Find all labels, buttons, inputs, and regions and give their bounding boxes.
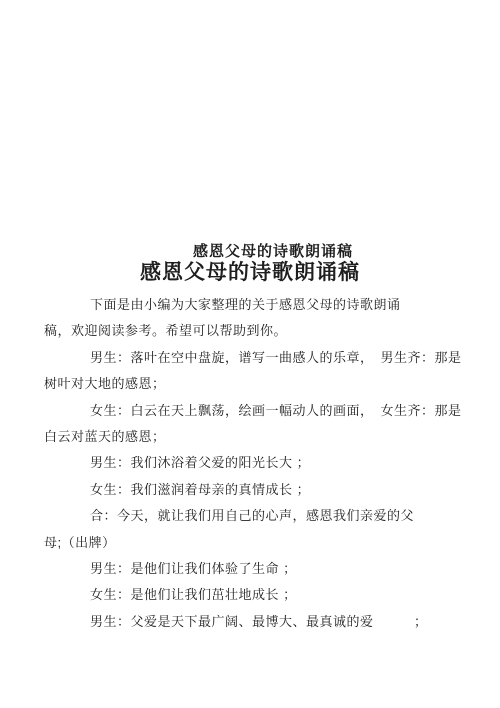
body-line: 男生：是他们让我们体验了生命 ；: [44, 556, 439, 582]
body-line: 合：今天，就让我们用自己的心声，感恩我们亲爱的父: [44, 503, 439, 529]
document-subtitle: 感恩父母的诗歌朗诵稿: [0, 243, 500, 260]
body-line: 稿，欢迎阅读参考。希望可以帮助到你。: [44, 318, 439, 344]
body-line: 男生：父爱是天下最广阔、最博大、最真诚的爱 ；: [44, 609, 439, 635]
body-line: 女生：是他们让我们茁壮地成长 ；: [44, 582, 439, 608]
body-line: 女生：我们滋润着母亲的真情成长 ；: [44, 477, 439, 503]
body-line: 男生：我们沐浴着父爱的阳光长大 ；: [44, 450, 439, 476]
body-line: 树叶对大地的感恩；: [44, 371, 439, 397]
body-line: 男生：落叶在空中盘旋，谱写一曲感人的乐章， 男生齐：那是: [44, 345, 439, 371]
body-line: 下面是由小编为大家整理的关于感恩父母的诗歌朗诵: [44, 292, 439, 318]
document-title: 感恩父母的诗歌朗诵稿: [0, 261, 500, 285]
document-page: 感恩父母的诗歌朗诵稿 感恩父母的诗歌朗诵稿 下面是由小编为大家整理的关于感恩父母…: [0, 0, 500, 708]
body-line: 白云对蓝天的感恩；: [44, 424, 439, 450]
body-line: 女生：白云在天上飘荡，绘画一幅动人的画面， 女生齐：那是: [44, 398, 439, 424]
document-body: 下面是由小编为大家整理的关于感恩父母的诗歌朗诵 稿，欢迎阅读参考。希望可以帮助到…: [44, 292, 439, 635]
body-line: 母;（出牌）: [44, 530, 439, 556]
